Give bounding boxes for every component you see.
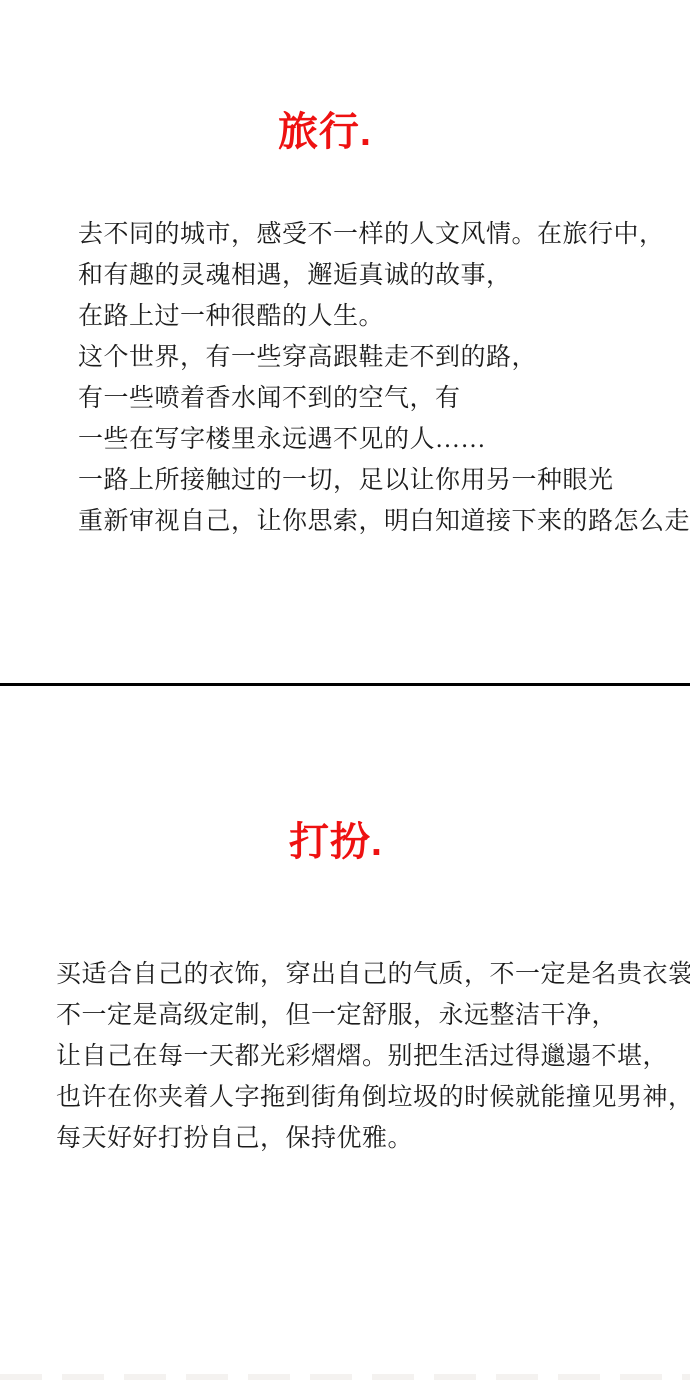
dressup-paragraph: 买适合自己的衣饰，穿出自己的气质，不一定是名贵衣裳， 不一定是高级定制，但一定舒… <box>0 954 690 1159</box>
paragraph-line: 重新审视自己，让你思索，明白知道接下来的路怎么走。 <box>78 501 680 542</box>
paragraph-line: 也许在你夹着人字拖到街角倒垃圾的时候就能撞见男神， <box>56 1077 684 1118</box>
section-travel: 旅行. 去不同的城市，感受不一样的人文风情。在旅行中， 和有趣的灵魂相遇，邂逅真… <box>0 0 690 542</box>
section-dressup: 打扮. 买适合自己的衣饰，穿出自己的气质，不一定是名贵衣裳， 不一定是高级定制，… <box>0 686 690 1159</box>
paragraph-line: 一些在写字楼里永远遇不见的人…… <box>78 419 680 460</box>
paragraph-line: 一路上所接触过的一切，足以让你用另一种眼光 <box>78 460 680 501</box>
paragraph-line: 这个世界，有一些穿高跟鞋走不到的路， <box>78 337 680 378</box>
paragraph-line: 有一些喷着香水闻不到的空气，有 <box>78 378 680 419</box>
article-page: { "page": { "background": "#ffffff", "ac… <box>0 0 690 1380</box>
section-title-travel: 旅行. <box>0 0 670 156</box>
bottom-partial-text <box>0 1374 690 1380</box>
paragraph-line: 不一定是高级定制，但一定舒服，永远整洁干净， <box>56 995 684 1036</box>
paragraph-line: 买适合自己的衣饰，穿出自己的气质，不一定是名贵衣裳， <box>56 954 684 995</box>
paragraph-line: 在路上过一种很酷的人生。 <box>78 296 680 337</box>
paragraph-line: 每天好好打扮自己，保持优雅。 <box>56 1118 684 1159</box>
paragraph-line: 让自己在每一天都光彩熠熠。别把生活过得邋遢不堪， <box>56 1036 684 1077</box>
section-title-dressup: 打扮. <box>0 686 681 866</box>
travel-paragraph: 去不同的城市，感受不一样的人文风情。在旅行中， 和有趣的灵魂相遇，邂逅真诚的故事… <box>0 214 690 542</box>
paragraph-line: 去不同的城市，感受不一样的人文风情。在旅行中， <box>78 214 680 255</box>
paragraph-line: 和有趣的灵魂相遇，邂逅真诚的故事， <box>78 255 680 296</box>
